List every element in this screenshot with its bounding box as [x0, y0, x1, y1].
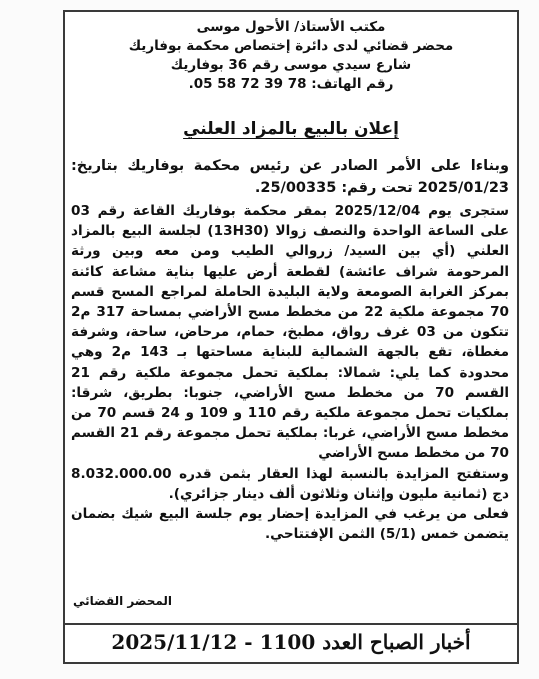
office-phone: رقم الهاتف: 78 39 72 58 05.	[65, 75, 517, 94]
notice-title: إعلان بالبيع بالمزاد العلني	[65, 119, 517, 139]
office-address: شارع سيدي موسى رقم 36 بوفاريك	[65, 56, 517, 75]
bailiff-role: محضر قضائي لدى دائرة إختصاص محكمة بوفاري…	[65, 37, 517, 56]
signature: المحضر القضائي	[73, 594, 172, 608]
office-name: مكتب الأستاذ/ الأحول موسى	[65, 18, 517, 37]
auction-session-paragraph: ستجرى يوم 2025/12/04 بمقر محكمة بوفاريك …	[71, 201, 509, 464]
court-order-paragraph: وبناءا على الأمر الصادر عن رئيس محكمة بو…	[71, 155, 509, 199]
newspaper-footer: أخبار الصباح العدد 1100 - 2025/11/12	[65, 623, 517, 662]
opening-price-paragraph: وستفتح المزايدة بالنسبة لهذا العقار بثمن…	[71, 464, 509, 504]
notice-body: وبناءا على الأمر الصادر عن رئيس محكمة بو…	[65, 155, 517, 544]
legal-notice-frame: مكتب الأستاذ/ الأحول موسى محضر قضائي لدى…	[63, 10, 519, 664]
guarantee-paragraph: فعلى من يرغب في المزايدة إحضار يوم جلسة …	[71, 504, 509, 544]
bailiff-header: مكتب الأستاذ/ الأحول موسى محضر قضائي لدى…	[65, 12, 517, 94]
